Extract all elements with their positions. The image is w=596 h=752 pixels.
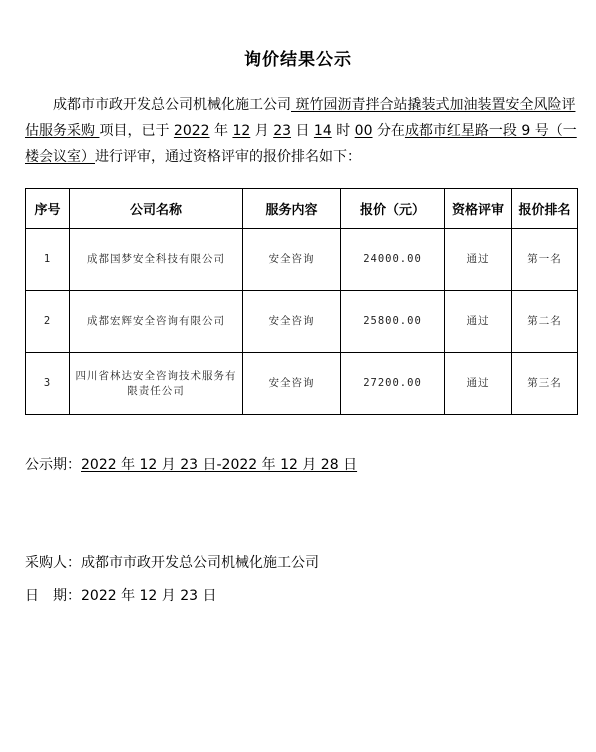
cell-review: 通过 — [445, 229, 512, 291]
cell-index: 2 — [26, 291, 70, 353]
header-index: 序号 — [26, 189, 70, 229]
cell-service: 安全咨询 — [243, 229, 341, 291]
date-label: 日 期： — [25, 588, 81, 604]
cell-company: 成都国梦安全科技有限公司 — [70, 229, 243, 291]
table-row: 3 四川省林达安全咨询技术服务有限责任公司 安全咨询 27200.00 通过 第… — [26, 353, 578, 415]
eval-month: 12 — [232, 123, 250, 139]
purchaser-value: 成都市市政开发总公司机械化施工公司 — [81, 555, 319, 571]
results-table: 序号 公司名称 服务内容 报价（元） 资格评审 报价排名 1 成都国梦安全科技有… — [25, 188, 578, 415]
minute-unit: 分在 — [377, 123, 405, 139]
table-row: 2 成都宏辉安全咨询有限公司 安全咨询 25800.00 通过 第二名 — [26, 291, 578, 353]
publicity-value: 2022 年 12 月 23 日-2022 年 12 月 28 日 — [81, 457, 357, 473]
cell-company: 四川省林达安全咨询技术服务有限责任公司 — [70, 353, 243, 415]
intro-paragraph: 成都市市政开发总公司机械化施工公司 斑竹园沥青拌合站撬装式加油装置安全风险评估服… — [25, 92, 577, 170]
header-review: 资格评审 — [445, 189, 512, 229]
hour-unit: 时 — [336, 123, 350, 139]
header-service: 服务内容 — [243, 189, 341, 229]
purchaser-line: 采购人：成都市市政开发总公司机械化施工公司 — [25, 553, 319, 573]
publicity-period: 公示期：2022 年 12 月 23 日-2022 年 12 月 28 日 — [25, 455, 357, 475]
header-rank: 报价排名 — [512, 189, 578, 229]
day-unit: 日 — [295, 123, 309, 139]
cell-company: 成都宏辉安全咨询有限公司 — [70, 291, 243, 353]
eval-day: 23 — [273, 123, 291, 139]
cell-price: 25800.00 — [341, 291, 445, 353]
cell-price: 24000.00 — [341, 229, 445, 291]
cell-service: 安全咨询 — [243, 291, 341, 353]
project-suffix: 项目，已于 — [99, 123, 169, 139]
year-unit: 年 — [214, 123, 228, 139]
publicity-label: 公示期： — [25, 457, 81, 473]
cell-rank: 第二名 — [512, 291, 578, 353]
cell-rank: 第一名 — [512, 229, 578, 291]
cell-index: 3 — [26, 353, 70, 415]
date-value: 2022 年 12 月 23 日 — [81, 588, 217, 604]
cell-service: 安全咨询 — [243, 353, 341, 415]
buyer-name: 成都市市政开发总公司机械化施工公司 — [53, 97, 291, 113]
table-row: 1 成都国梦安全科技有限公司 安全咨询 24000.00 通过 第一名 — [26, 229, 578, 291]
cell-review: 通过 — [445, 353, 512, 415]
header-company: 公司名称 — [70, 189, 243, 229]
header-price: 报价（元） — [341, 189, 445, 229]
date-line: 日 期：2022 年 12 月 23 日 — [25, 586, 217, 606]
cell-index: 1 — [26, 229, 70, 291]
cell-price: 27200.00 — [341, 353, 445, 415]
month-unit: 月 — [255, 123, 269, 139]
intro-end: 进行评审，通过资格评审的报价排名如下： — [95, 149, 361, 165]
table-header-row: 序号 公司名称 服务内容 报价（元） 资格评审 报价排名 — [26, 189, 578, 229]
eval-hour: 14 — [314, 123, 332, 139]
eval-year: 2022 — [174, 123, 210, 139]
document-title: 询价结果公示 — [0, 45, 596, 70]
cell-review: 通过 — [445, 291, 512, 353]
cell-rank: 第三名 — [512, 353, 578, 415]
purchaser-label: 采购人： — [25, 555, 81, 571]
eval-minute: 00 — [355, 123, 373, 139]
